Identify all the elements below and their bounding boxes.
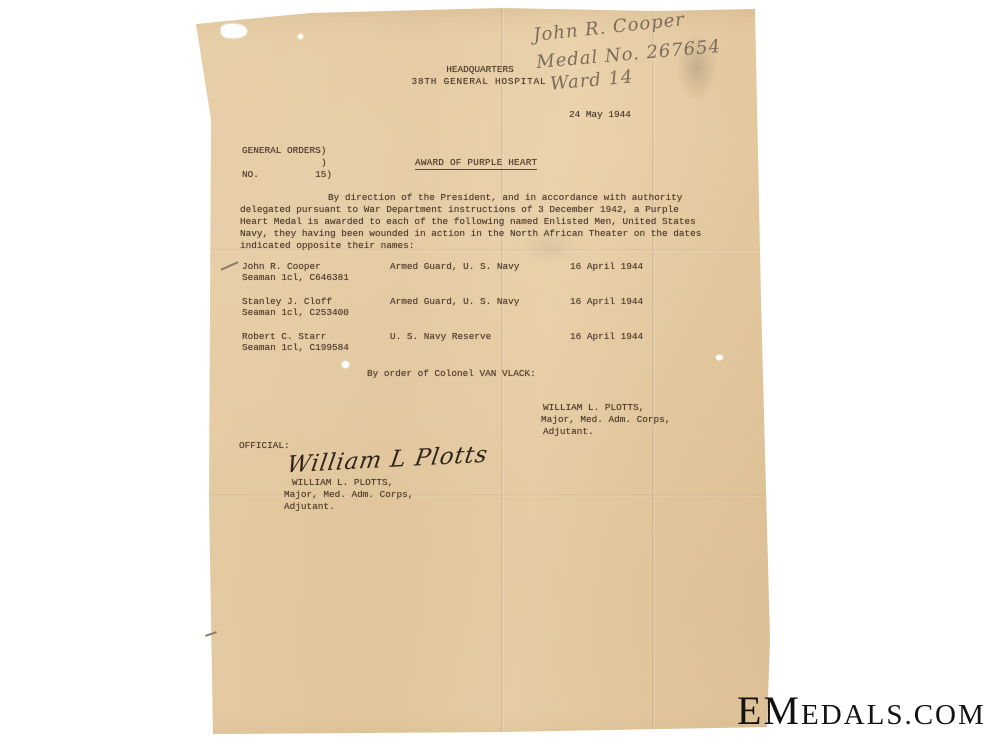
official-block-name: WILLIAM L. PLOTTS, (292, 477, 393, 488)
recipient-unit-2: Armed Guard, U. S. Navy (390, 296, 519, 307)
photo-canvas: John R. Cooper Medal No. 267654 Ward 14 … (0, 0, 1000, 750)
recipient-unit-3: U. S. Navy Reserve (390, 331, 491, 342)
recipient-unit-1: Armed Guard, U. S. Navy (390, 261, 519, 272)
body-line-4: Navy, they having been wounded in action… (240, 228, 701, 239)
body-line-5: indicated opposite their names: (240, 240, 414, 251)
signatory-title: Major, Med. Adm. Corps, (541, 414, 670, 425)
recipient-serial-1: Seaman 1cl, C646381 (242, 272, 349, 283)
by-order-line: By order of Colonel VAN VLACK: (367, 368, 536, 379)
watermark-brand: EMEDALS.COM (737, 691, 986, 735)
recipient-serial-3: Seaman 1cl, C199584 (242, 342, 349, 353)
signatory-name: WILLIAM L. PLOTTS, (543, 402, 644, 413)
official-label: OFFICIAL: (239, 440, 290, 451)
paper-damage-spot (298, 34, 303, 39)
watermark-mid: EDALS (801, 695, 904, 735)
recipient-name-1: John R. Cooper (242, 261, 321, 272)
header-line-1: HEADQUARTERS (400, 64, 560, 75)
fold-crease-horizontal-upper (0, 249, 1000, 252)
document-date: 24 May 1944 (569, 109, 631, 120)
recipient-date-1: 16 April 1944 (570, 261, 643, 272)
paper-damage-spot (716, 355, 723, 360)
watermark-lead: EM (737, 691, 801, 731)
watermark-dot: . (904, 695, 913, 735)
recipient-date-2: 16 April 1944 (570, 296, 643, 307)
body-line-1: By direction of the President, and in ac… (328, 192, 682, 203)
recipient-name-3: Robert C. Starr (242, 331, 326, 342)
fold-crease-vertical-right (652, 0, 655, 750)
general-orders-line-3: NO. 15) (242, 169, 332, 180)
body-line-3: Heart Medal is awarded to each of the fo… (240, 216, 696, 227)
recipient-name-2: Stanley J. Cloff (242, 296, 332, 307)
paper-damage-spot (342, 361, 349, 368)
order-title: AWARD OF PURPLE HEART (415, 157, 537, 170)
official-block-role: Adjutant. (284, 501, 335, 512)
recipient-serial-2: Seaman 1cl, C253400 (242, 307, 349, 318)
header-line-2: 38TH GENERAL HOSPITAL (379, 76, 579, 87)
body-line-2: delegated pursuant to War Department ins… (240, 204, 679, 215)
general-orders-line-1: GENERAL ORDERS) (242, 145, 326, 156)
paper-damage-spot (221, 24, 247, 38)
recipient-date-3: 16 April 1944 (570, 331, 643, 342)
general-orders-line-2: ) (321, 157, 327, 168)
official-block-title: Major, Med. Adm. Corps, (284, 489, 413, 500)
signatory-role: Adjutant. (543, 426, 594, 437)
fold-crease-horizontal-lower (0, 494, 1000, 497)
watermark-tail: COM (914, 695, 986, 735)
